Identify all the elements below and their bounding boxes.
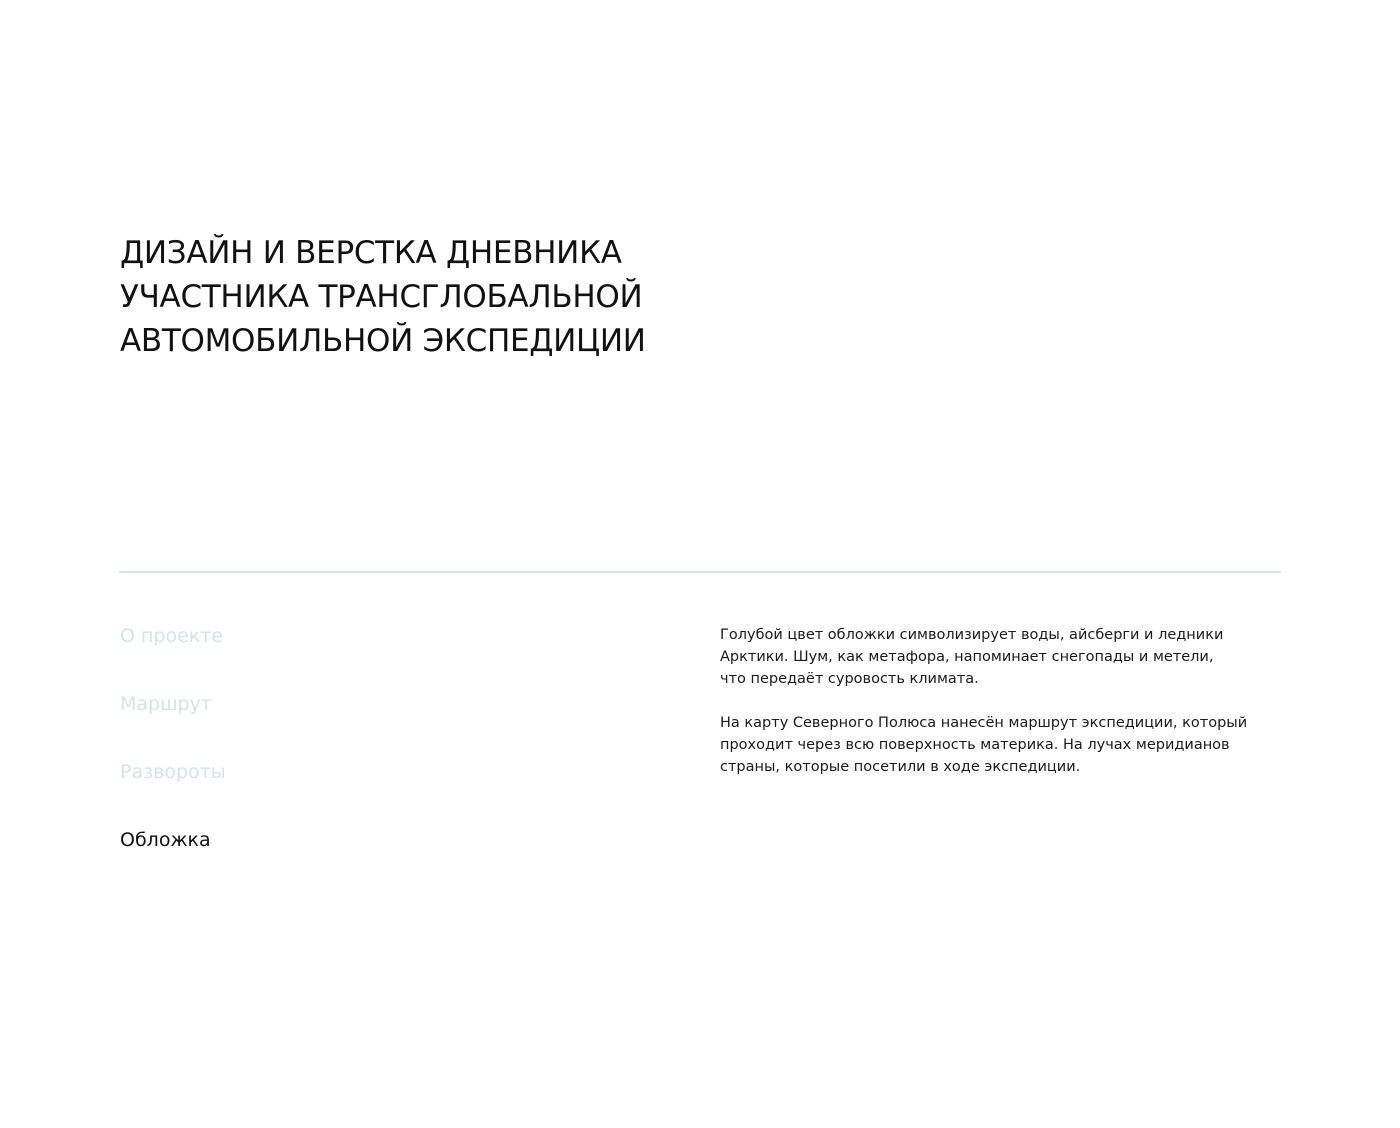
nav-item-about[interactable]: О проекте <box>120 622 226 690</box>
description-paragraph: На карту Северного Полюса нанесён маршру… <box>720 712 1280 778</box>
nav-item-route[interactable]: Маршрут <box>120 690 226 758</box>
description-paragraph: Голубой цвет обложки символизирует воды,… <box>720 624 1280 690</box>
description-line: Арктики. Шум, как метафора, напоминает с… <box>720 646 1280 668</box>
section-nav: О проекте Маршрут Развороты Обложка <box>120 622 226 894</box>
page-title: ДИЗАЙН И ВЕРСТКА ДНЕВНИКА УЧАСТНИКА ТРАН… <box>120 231 646 363</box>
page-title-line: УЧАСТНИКА ТРАНСГЛОБАЛЬНОЙ <box>120 275 646 319</box>
description-line: На карту Северного Полюса нанесён маршру… <box>720 712 1280 734</box>
page-title-line: ДИЗАЙН И ВЕРСТКА ДНЕВНИКА <box>120 231 646 275</box>
description-line: страны, которые посетили в ходе экспедиц… <box>720 756 1280 778</box>
nav-item-cover[interactable]: Обложка <box>120 826 226 894</box>
description-line: что передаёт суровость климата. <box>720 668 1280 690</box>
cover-description: Голубой цвет обложки символизирует воды,… <box>720 624 1280 800</box>
page-title-line: АВТОМОБИЛЬНОЙ ЭКСПЕДИЦИИ <box>120 319 646 363</box>
nav-item-spreads[interactable]: Развороты <box>120 758 226 826</box>
description-line: проходит через всю поверхность материка.… <box>720 734 1280 756</box>
section-divider <box>119 571 1281 573</box>
description-line: Голубой цвет обложки символизирует воды,… <box>720 624 1280 646</box>
